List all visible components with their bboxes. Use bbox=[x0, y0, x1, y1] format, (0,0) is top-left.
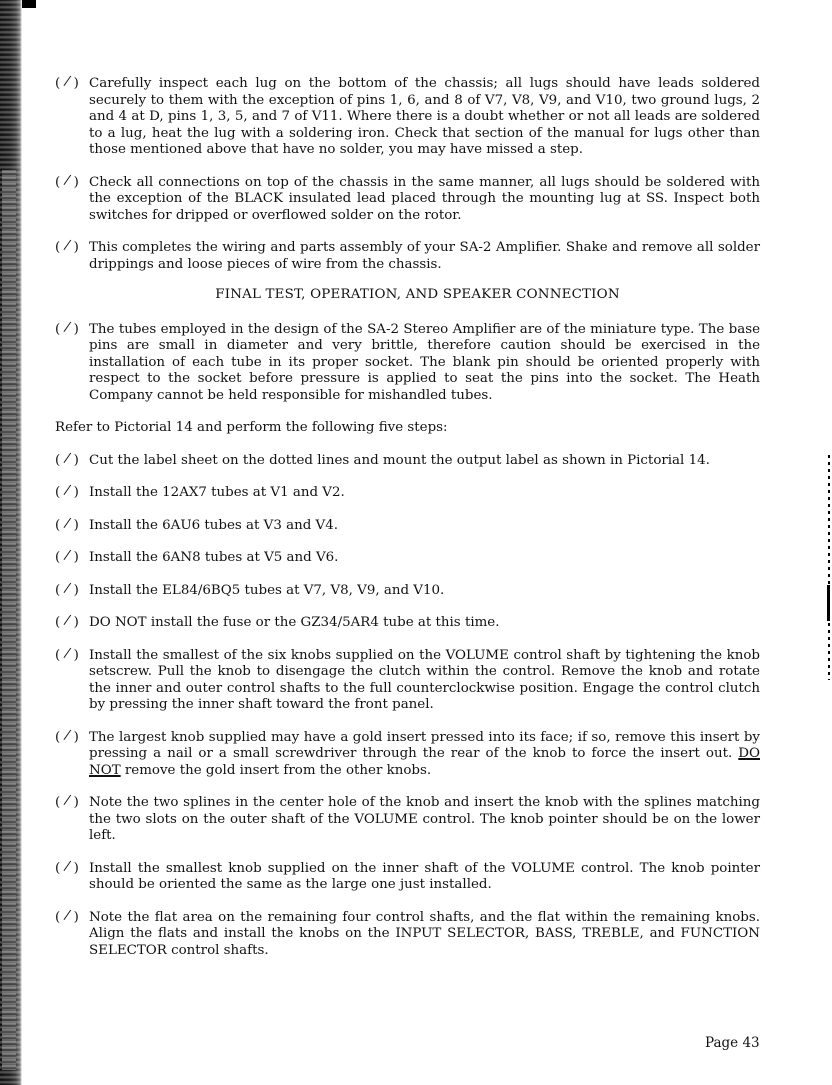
page-number: Page 43 bbox=[705, 1035, 760, 1051]
checkbox[interactable]: ( )/ bbox=[55, 175, 87, 192]
checkbox[interactable]: ( )/ bbox=[55, 518, 87, 535]
checkbox[interactable]: ( )/ bbox=[55, 453, 87, 470]
step-text: Note the two splines in the center hole … bbox=[89, 795, 760, 843]
checkbox[interactable]: ( )/ bbox=[55, 648, 87, 665]
step-text: Cut the label sheet on the dotted lines … bbox=[89, 453, 710, 468]
step-text: The tubes employed in the design of the … bbox=[89, 322, 760, 403]
step-text-continued: remove the gold insert from the other kn… bbox=[125, 763, 431, 778]
checkbox[interactable]: ( )/ bbox=[55, 615, 87, 632]
checkbox[interactable]: ( )/ bbox=[55, 240, 87, 257]
checklist-step-tube-caution: ( )/ The tubes employed in the design of… bbox=[55, 322, 760, 405]
checkbox[interactable]: ( )/ bbox=[55, 861, 87, 878]
step-text: Carefully inspect each lug on the bottom… bbox=[89, 76, 760, 157]
step-text: Check all connections on top of the chas… bbox=[89, 175, 760, 223]
scan-right-edge-marks bbox=[828, 455, 830, 680]
step-text: Install the 6AU6 tubes at V3 and V4. bbox=[89, 518, 338, 533]
checklist-step-inspect-top-connections: ( )/ Check all connections on top of the… bbox=[55, 175, 760, 225]
checkbox[interactable]: ( )/ bbox=[55, 76, 87, 93]
checklist-step-install-el84: ( )/ Install the EL84/6BQ5 tubes at V7, … bbox=[55, 583, 760, 600]
checkbox[interactable]: ( )/ bbox=[55, 550, 87, 567]
checkbox[interactable]: ( )/ bbox=[55, 730, 87, 747]
pictorial-reference-intro: Refer to Pictorial 14 and perform the fo… bbox=[55, 420, 760, 437]
checkbox[interactable]: ( )/ bbox=[55, 583, 87, 600]
step-text: This completes the wiring and parts asse… bbox=[89, 240, 760, 272]
scanned-binding-texture bbox=[2, 170, 16, 1070]
checklist-step-splines: ( )/ Note the two splines in the center … bbox=[55, 795, 760, 845]
checkbox[interactable]: ( )/ bbox=[55, 910, 87, 927]
manual-page-content: ( )/ Carefully inspect each lug on the b… bbox=[55, 76, 760, 959]
step-text: Install the 6AN8 tubes at V5 and V6. bbox=[89, 550, 338, 565]
checklist-step-remaining-knobs: ( )/ Note the flat area on the remaining… bbox=[55, 910, 760, 960]
checkbox[interactable]: ( )/ bbox=[55, 322, 87, 339]
scan-corner-shadow bbox=[22, 0, 36, 8]
checklist-step-install-12ax7: ( )/ Install the 12AX7 tubes at V1 and V… bbox=[55, 485, 760, 502]
checklist-step-install-6an8: ( )/ Install the 6AN8 tubes at V5 and V6… bbox=[55, 550, 760, 567]
scan-right-edge-tick bbox=[827, 585, 830, 621]
checklist-step-output-label: ( )/ Cut the label sheet on the dotted l… bbox=[55, 453, 760, 470]
checklist-step-inner-shaft-knob: ( )/ Install the smallest knob supplied … bbox=[55, 861, 760, 894]
checklist-step-volume-knob-clutch: ( )/ Install the smallest of the six kno… bbox=[55, 648, 760, 714]
checklist-step-inspect-bottom-lugs: ( )/ Carefully inspect each lug on the b… bbox=[55, 76, 760, 159]
step-text: Install the smallest of the six knobs su… bbox=[89, 648, 760, 713]
checklist-step-install-6au6: ( )/ Install the 6AU6 tubes at V3 and V4… bbox=[55, 518, 760, 535]
step-text: DO NOT install the fuse or the GZ34/5AR4… bbox=[89, 615, 499, 630]
checklist-step-gold-insert: ( )/ The largest knob supplied may have … bbox=[55, 730, 760, 780]
checkbox[interactable]: ( )/ bbox=[55, 795, 87, 812]
step-text: Install the EL84/6BQ5 tubes at V7, V8, V… bbox=[89, 583, 444, 598]
step-text: Install the 12AX7 tubes at V1 and V2. bbox=[89, 485, 345, 500]
checklist-step-no-fuse: ( )/ DO NOT install the fuse or the GZ34… bbox=[55, 615, 760, 632]
checkbox[interactable]: ( )/ bbox=[55, 485, 87, 502]
step-text: Note the flat area on the remaining four… bbox=[89, 910, 760, 958]
checklist-step-wiring-complete: ( )/ This completes the wiring and parts… bbox=[55, 240, 760, 273]
section-heading: FINAL TEST, OPERATION, AND SPEAKER CONNE… bbox=[55, 287, 760, 304]
step-text: Install the smallest knob supplied on th… bbox=[89, 861, 760, 893]
step-text: The largest knob supplied may have a gol… bbox=[89, 730, 760, 762]
